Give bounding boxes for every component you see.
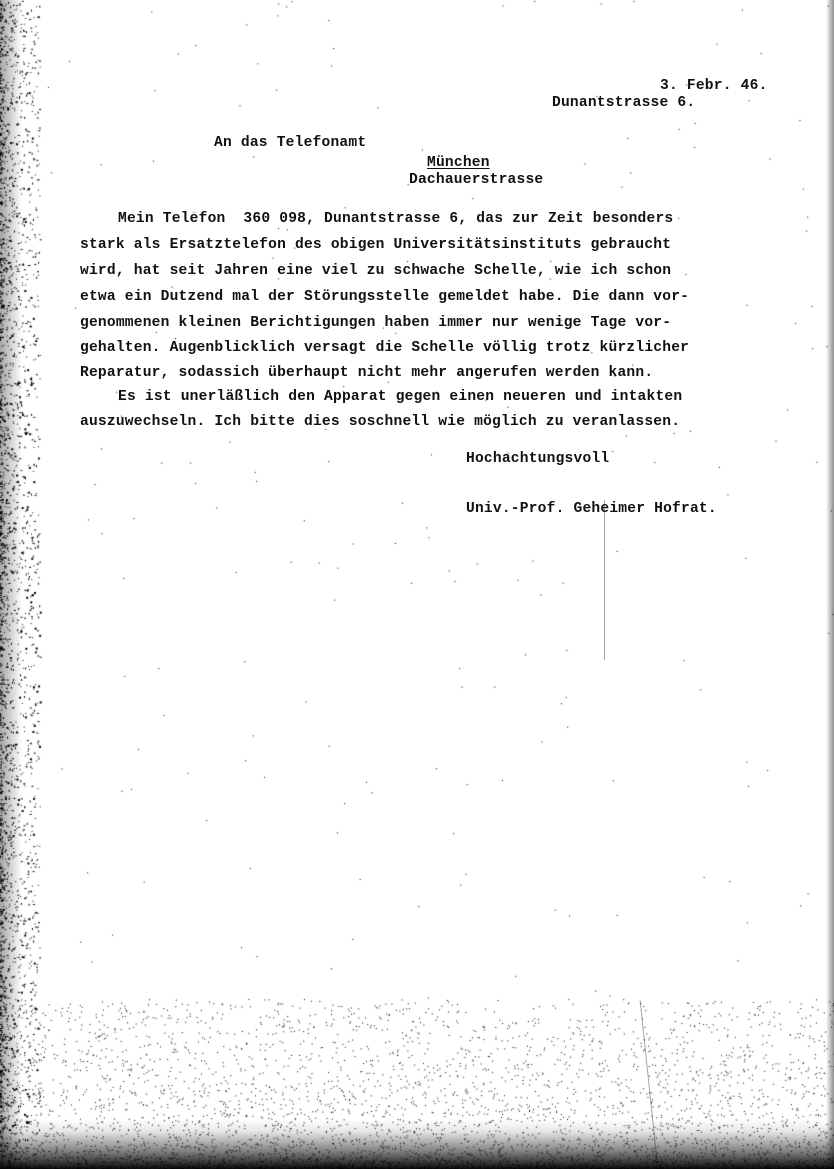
scan-edge-shadow-bottom [0, 1119, 834, 1169]
body-line: genommenen kleinen Berichtigungen haben … [80, 313, 671, 333]
signature-title: Univ.-Prof. Geheimer Hofrat. [466, 499, 717, 519]
recipient-street: Dachauerstrasse [409, 170, 543, 190]
letter-page: 3. Febr. 46. Dunantstrasse 6. An das Tel… [0, 0, 834, 1169]
body-line: Es ist unerläßlich den Apparat gegen ein… [118, 387, 682, 407]
body-line: wird, hat seit Jahren eine viel zu schwa… [80, 261, 671, 281]
fold-crease [604, 500, 605, 660]
recipient-line: An das Telefonamt [214, 133, 366, 153]
body-line: Reparatur, sodassich überhaupt nicht meh… [80, 363, 653, 383]
letter-closing: Hochachtungsvoll [466, 449, 609, 469]
body-line: etwa ein Dutzend mal der Störungsstelle … [80, 287, 689, 307]
sender-address: Dunantstrasse 6. [552, 93, 695, 113]
scan-edge-shadow-right [826, 0, 834, 1169]
body-line: gehalten. Augenblicklich versagt die Sch… [80, 338, 689, 358]
scan-edge-shadow-left [0, 0, 22, 1169]
body-line: Mein Telefon 360 098, Dunantstrasse 6, d… [118, 209, 673, 229]
body-line: auszuwechseln. Ich bitte dies soschnell … [80, 412, 680, 432]
body-line: stark als Ersatztelefon des obigen Unive… [80, 235, 671, 255]
